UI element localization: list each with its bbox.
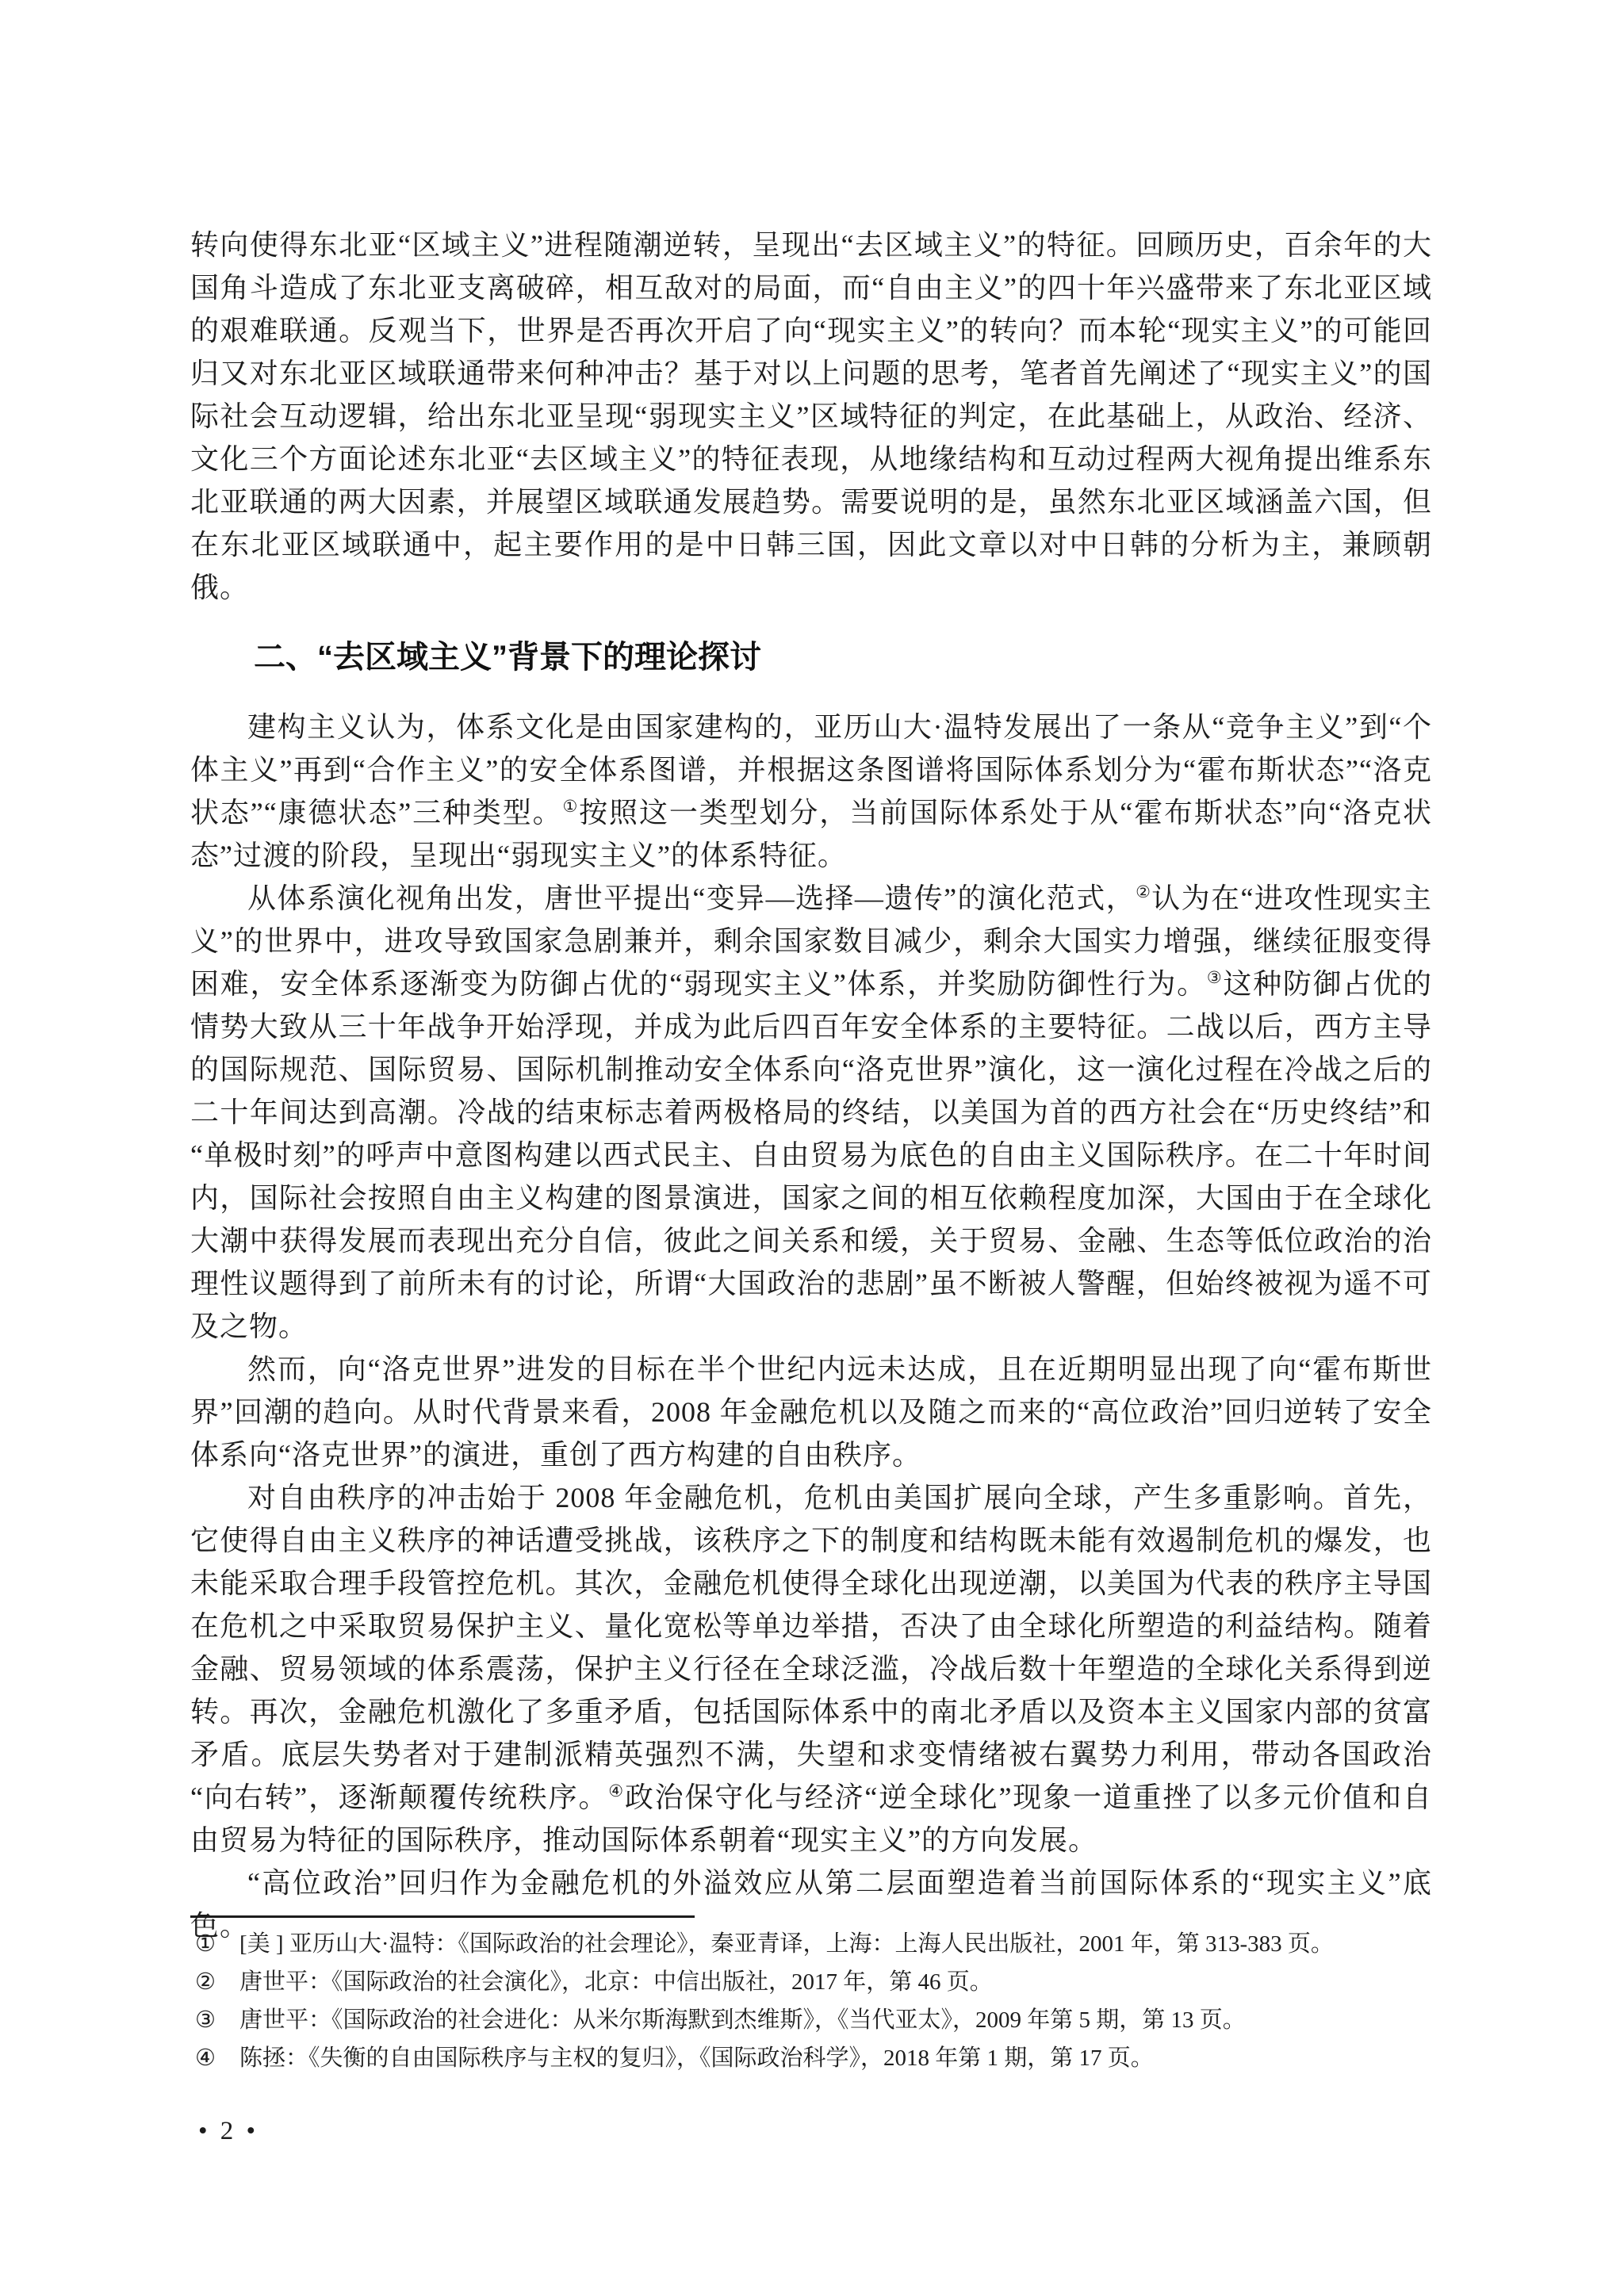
footnote-item: ③唐世平：《国际政治的社会进化：从米尔斯海默到杰维斯》，《当代亚太》，2009 … [190, 2001, 1432, 2039]
footnote-text: [美 ] 亚历山大·温特：《国际政治的社会理论》，秦亚青译，上海：上海人民出版社… [239, 1925, 1432, 1963]
footnote-item: ①[美 ] 亚历山大·温特：《国际政治的社会理论》，秦亚青译，上海：上海人民出版… [190, 1925, 1432, 1963]
body-paragraph: 从体系演化视角出发，唐世平提出“变异—选择—遗传”的演化范式，②认为在“进攻性现… [190, 877, 1432, 1348]
footnote-ref-marker: ③ [1207, 968, 1223, 987]
footnote-text: 唐世平：《国际政治的社会进化：从米尔斯海默到杰维斯》，《当代亚太》，2009 年… [239, 2001, 1432, 2039]
article-body: 转向使得东北亚“区域主义”进程随潮逆转，呈现出“去区域主义”的特征。回顾历史，百… [190, 224, 1432, 1947]
footnote-item: ②唐世平：《国际政治的社会演化》，北京：中信出版社，2017 年，第 46 页。 [190, 1963, 1432, 2001]
page-number: • 2 • [198, 2115, 259, 2147]
footnote-marker: ① [195, 1925, 239, 1963]
footnote-separator [190, 1915, 695, 1918]
footnote-ref-marker: ① [563, 797, 580, 816]
footnote-marker: ② [195, 1963, 239, 2001]
footnote-marker: ④ [195, 2039, 239, 2077]
footnote-text: 唐世平：《国际政治的社会演化》，北京：中信出版社，2017 年，第 46 页。 [239, 1963, 1432, 2001]
footnote-ref-marker: ② [1136, 882, 1151, 901]
body-paragraph: 建构主义认为，体系文化是由国家建构的，亚历山大·温特发展出了一条从“竞争主义”到… [190, 706, 1432, 877]
footnote-item: ④陈拯：《失衡的自由国际秩序与主权的复归》，《国际政治科学》，2018 年第 1… [190, 2039, 1432, 2077]
section-heading: 二、“去区域主义”背景下的理论探讨 [190, 636, 1432, 679]
body-paragraph: 然而，向“洛克世界”进发的目标在半个世纪内远未达成，且在近期明显出现了向“霍布斯… [190, 1348, 1432, 1476]
footnote-marker: ③ [195, 2001, 239, 2039]
footnote-text: 陈拯：《失衡的自由国际秩序与主权的复归》，《国际政治科学》，2018 年第 1 … [239, 2039, 1432, 2077]
document-page: 转向使得东北亚“区域主义”进程随潮逆转，呈现出“去区域主义”的特征。回顾历史，百… [0, 0, 1624, 2296]
body-paragraph: 转向使得东北亚“区域主义”进程随潮逆转，呈现出“去区域主义”的特征。回顾历史，百… [190, 224, 1432, 609]
footnote-ref-marker: ④ [608, 1781, 625, 1800]
footnote-list: ①[美 ] 亚历山大·温特：《国际政治的社会理论》，秦亚青译，上海：上海人民出版… [190, 1925, 1432, 2077]
body-paragraph: 对自由秩序的冲击始于 2008 年金融危机，危机由美国扩展向全球，产生多重影响。… [190, 1476, 1432, 1862]
